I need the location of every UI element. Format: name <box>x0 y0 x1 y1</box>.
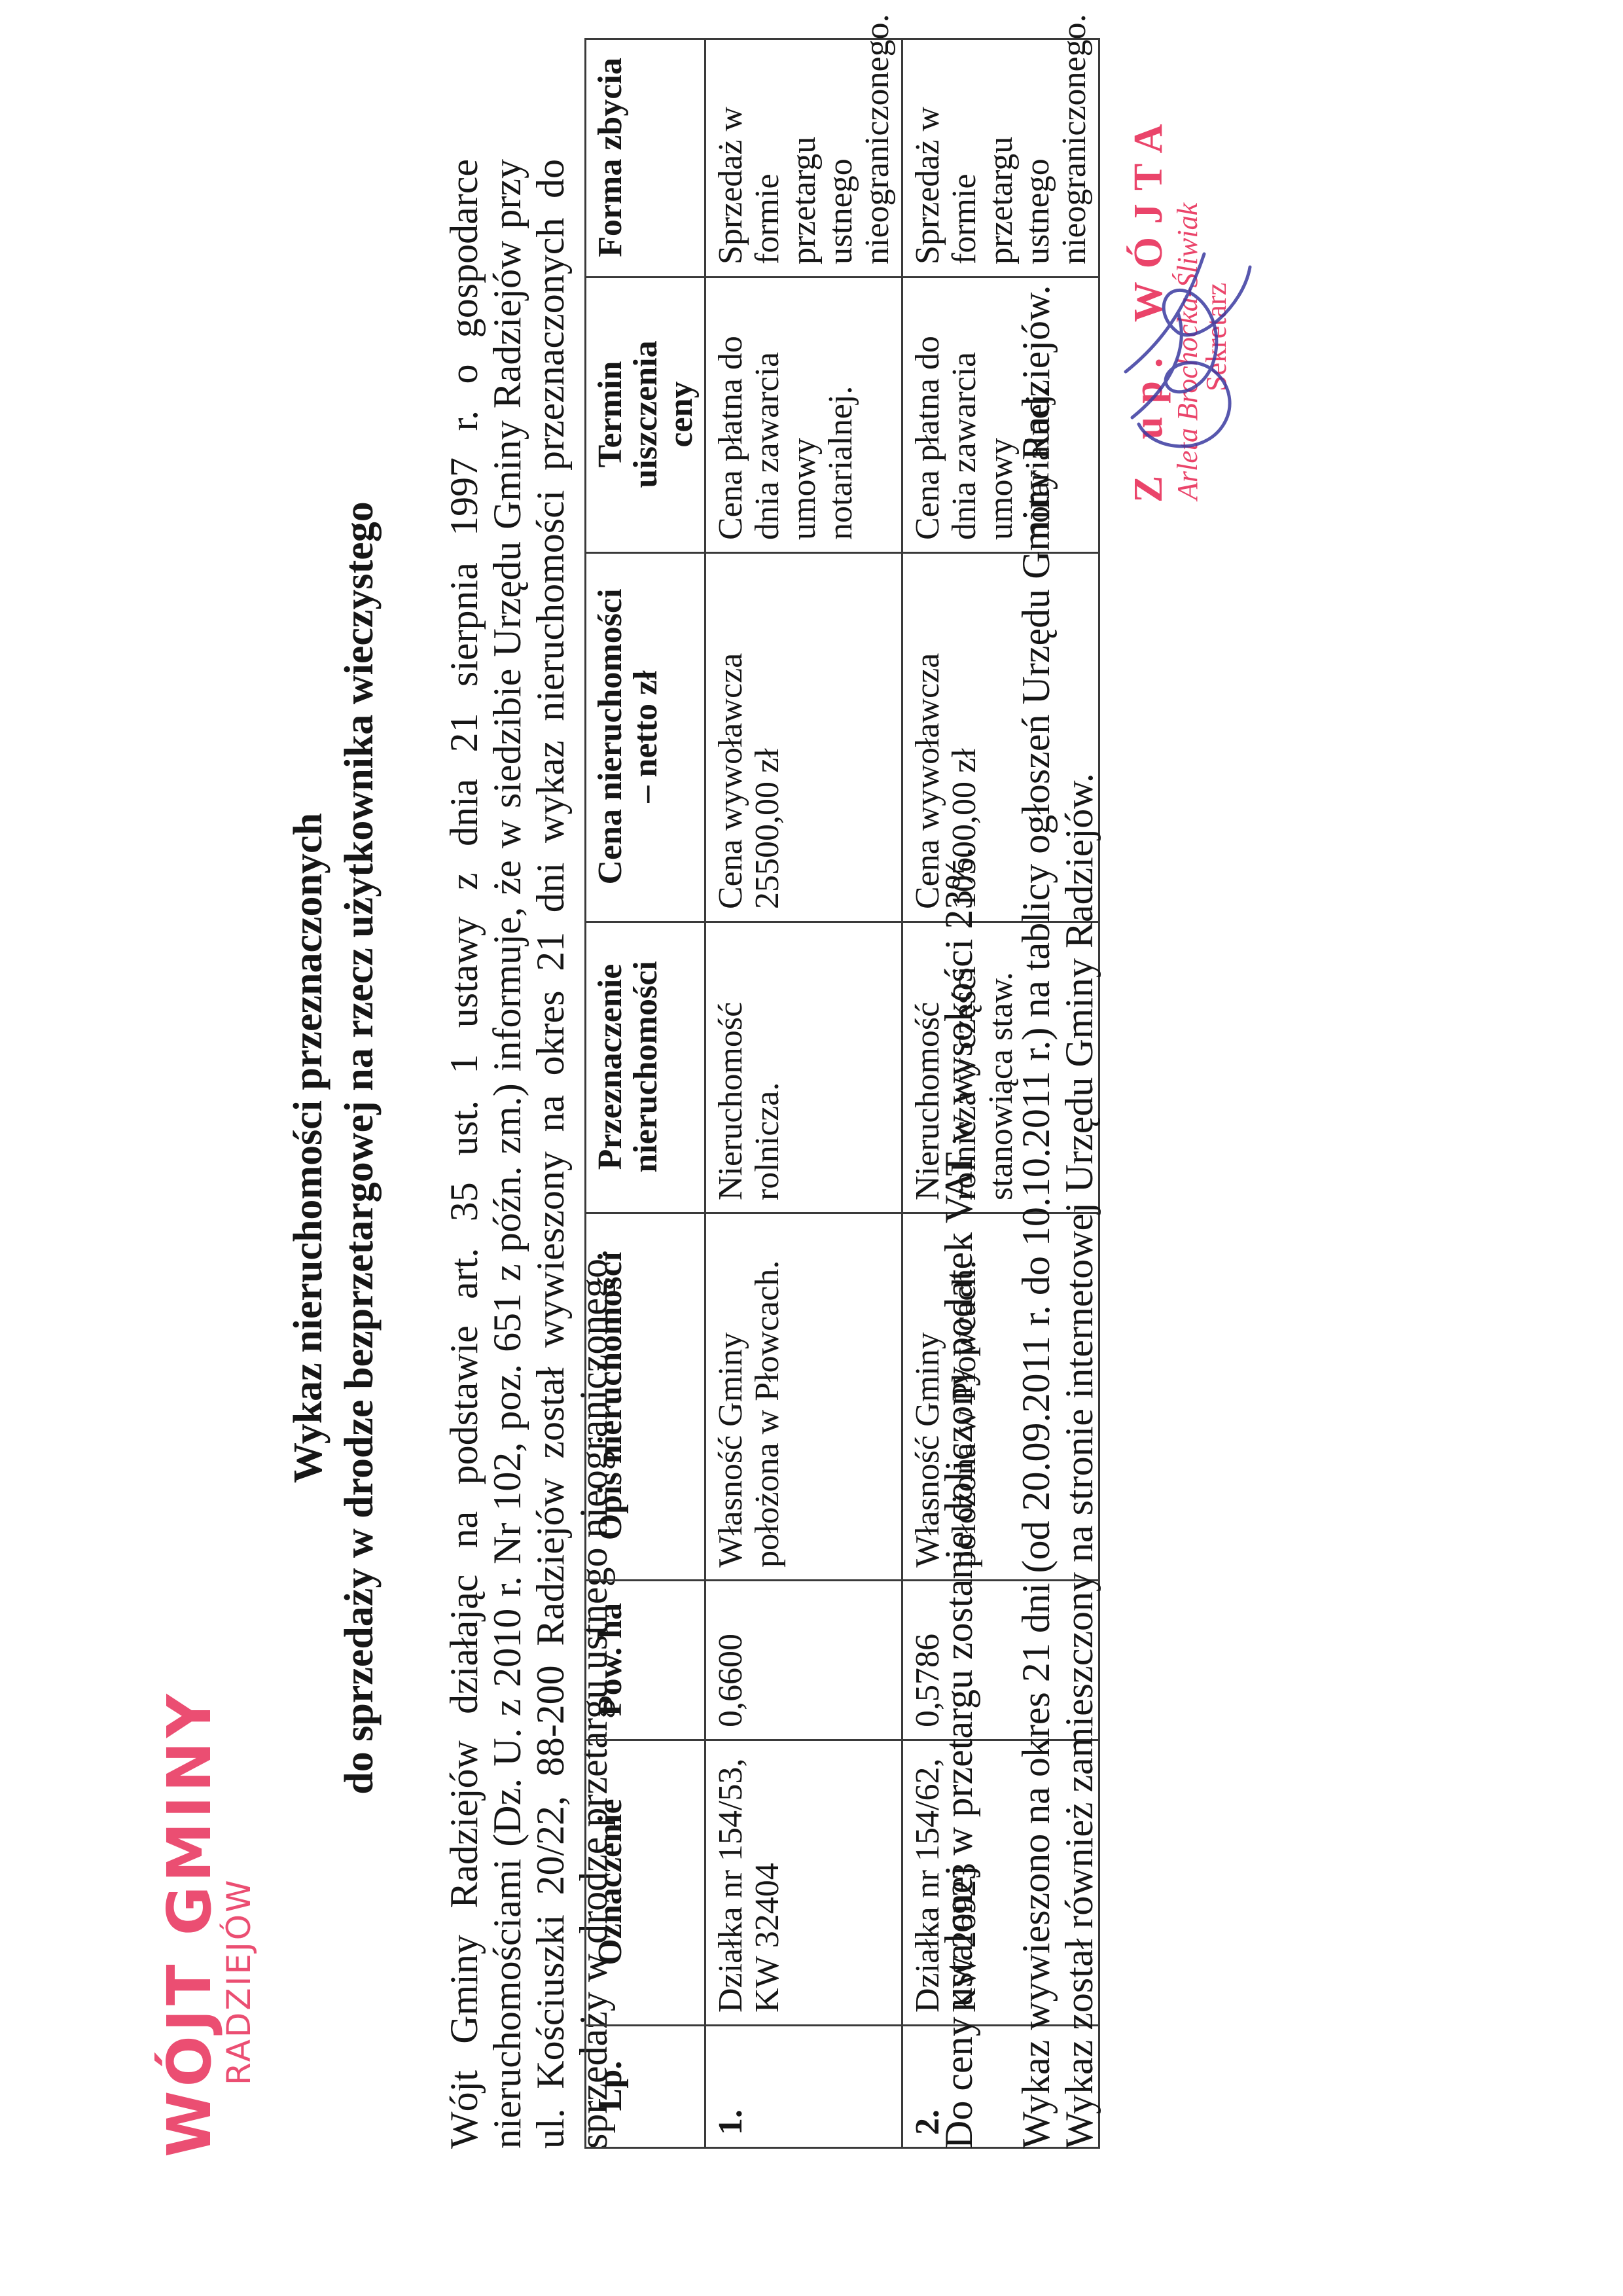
cell-lp: 1. <box>705 2026 902 2148</box>
cell-opis: Własność Gminy położona w Płowcach. <box>705 1213 902 1581</box>
handwritten-signature-icon <box>1113 247 1263 463</box>
cell-oznaczenie: Działka nr 154/53, KW 32404 <box>705 1740 902 2026</box>
stamp-office-place: RADZIEJÓW <box>221 1690 257 2157</box>
vat-note: Do ceny ustalonej w przetargu zostanie d… <box>937 159 980 2149</box>
document-title: Wykaz nieruchomości przeznaczonych do sp… <box>283 0 385 2296</box>
table-row: 1. Działka nr 154/53, KW 32404 0,6600 Wł… <box>705 39 902 2148</box>
cell-cena: Cena wywoławcza 25500,00 zł <box>705 553 902 922</box>
header-termin: Termin uiszczenia ceny <box>586 278 705 553</box>
posting-info: Wykaz wywieszono na okres 21 dni (od 20.… <box>1014 159 1101 2149</box>
header-lp: Lp. <box>586 2026 705 2148</box>
header-oznaczenie: Oznaczenie <box>586 1740 705 2026</box>
cell-przeznaczenie: Nieruchomość rolnicza. <box>705 922 902 1213</box>
header-cena: Cena nieruchomości – netto zł <box>586 553 705 922</box>
header-przeznaczenie: Przeznaczenie nieruchomości <box>586 922 705 1213</box>
cell-forma: Sprzedaż w formie przetargu ustnego nieo… <box>705 39 902 278</box>
header-pow: Pow. ha <box>586 1581 705 1740</box>
header-forma: Forma zbycia <box>586 39 705 278</box>
cell-termin: Cena płatna do dnia zawarcia umowy notar… <box>705 278 902 553</box>
title-line-2: do sprzedaży w drodze bezprzetargowej na… <box>334 0 385 2296</box>
document-page: WÓJT GMINY RADZIEJÓW Wykaz nieruchomości… <box>0 0 1623 2296</box>
posting-online: Wykaz został również zamieszczony na str… <box>1058 159 1101 2149</box>
header-opis: Opis nieruchomości <box>586 1213 705 1581</box>
office-stamp: WÓJT GMINY RADZIEJÓW <box>158 1690 257 2157</box>
title-line-1: Wykaz nieruchomości przeznaczonych <box>283 0 334 2296</box>
posting-period: Wykaz wywieszono na okres 21 dni (od 20.… <box>1014 159 1058 2149</box>
stamp-office-title: WÓJT GMINY <box>158 1690 221 2157</box>
table-header-row: Lp. Oznaczenie Pow. ha Opis nieruchomośc… <box>586 39 705 2148</box>
cell-pow: 0,6600 <box>705 1581 902 1740</box>
